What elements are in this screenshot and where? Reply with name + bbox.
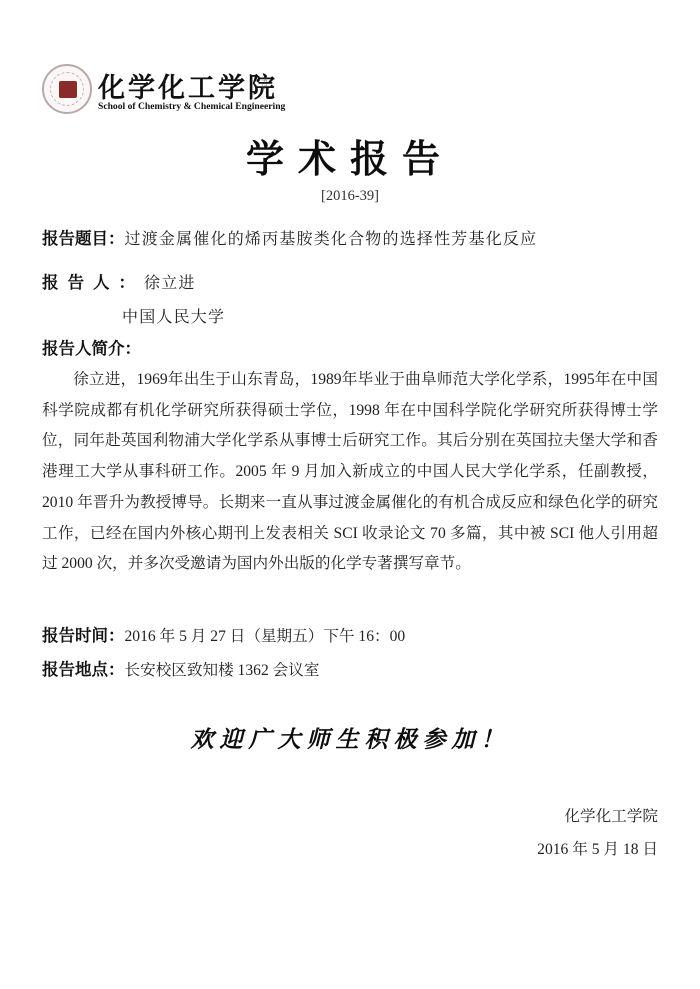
topic-row: 报告题目：过渡金属催化的烯丙基胺类化合物的选择性芳基化反应 xyxy=(42,225,537,249)
bio-label: 报告人简介： xyxy=(42,339,141,358)
report-number: [2016-39] xyxy=(0,188,700,205)
speaker-row: 报告人：徐立进 xyxy=(42,269,196,293)
time-label: 报告时间： xyxy=(42,626,125,645)
speaker-affiliation-row: 中国人民大学 xyxy=(122,304,225,327)
speaker-label: 报告人： xyxy=(42,273,144,292)
logo-chinese-name: 化学化工学院 xyxy=(98,66,278,105)
logo-stamp: 书记 xyxy=(259,77,268,89)
topic-label: 报告题目： xyxy=(42,229,125,248)
school-seal-icon xyxy=(42,64,92,114)
speaker-name: 徐立进 xyxy=(144,273,196,292)
place-label: 报告地点： xyxy=(42,660,125,679)
logo-english-name: School of Chemistry & Chemical Engineeri… xyxy=(98,101,285,112)
time-value: 2016 年 5 月 27 日（星期五）下午 16：00 xyxy=(125,628,406,645)
place-value: 长安校区致知楼 1362 会议室 xyxy=(125,662,320,679)
page-title: 学术报告 xyxy=(0,128,700,183)
signature-org: 化学化工学院 xyxy=(564,804,658,826)
speaker-affiliation: 中国人民大学 xyxy=(122,307,225,326)
time-row: 报告时间：2016 年 5 月 27 日（星期五）下午 16：00 xyxy=(42,622,405,646)
place-row: 报告地点：长安校区致知楼 1362 会议室 xyxy=(42,656,319,680)
signature-date: 2016 年 5 月 18 日 xyxy=(537,837,658,859)
bio-text: 徐立进，1969年出生于山东青岛，1989年毕业于曲阜师范大学化学系，1995年… xyxy=(42,365,658,580)
topic-value: 过渡金属催化的烯丙基胺类化合物的选择性芳基化反应 xyxy=(125,229,538,248)
school-logo: 化学化工学院 书记 School of Chemistry & Chemical… xyxy=(40,62,260,118)
welcome-message: 欢迎广大师生积极参加！ xyxy=(0,721,700,754)
bio-label-row: 报告人简介： xyxy=(42,335,141,359)
